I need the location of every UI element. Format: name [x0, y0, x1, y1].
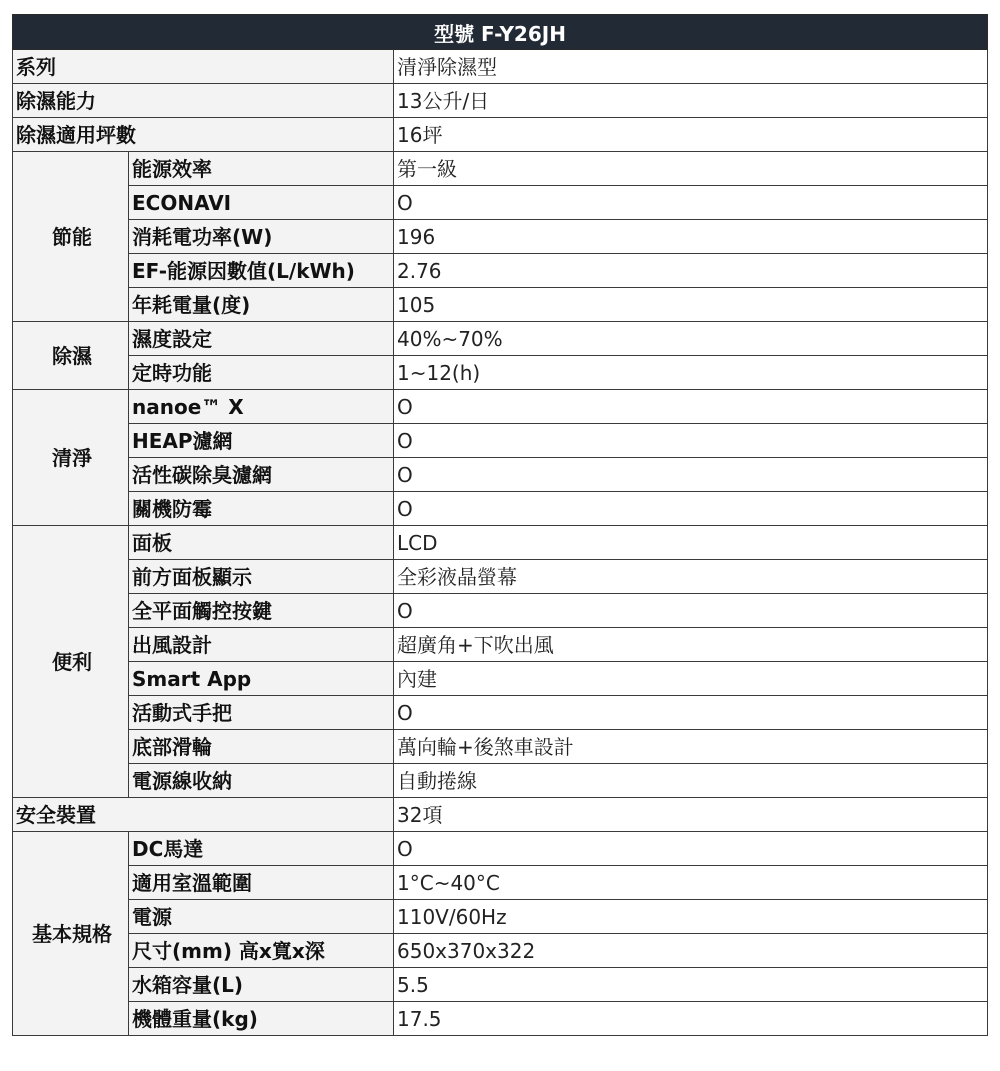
- row-value: 萬向輪+後煞車設計: [394, 730, 988, 764]
- row-value: 17.5: [394, 1002, 988, 1036]
- table-row: 除濕適用坪數 16坪: [13, 118, 988, 152]
- row-label: DC馬達: [129, 832, 394, 866]
- table-row: EF-能源因數值(L/kWh) 2.76: [13, 254, 988, 288]
- table-row: 尺寸(mm) 高x寬x深 650x370x322: [13, 934, 988, 968]
- table-row: 底部滑輪 萬向輪+後煞車設計: [13, 730, 988, 764]
- row-label: 電源: [129, 900, 394, 934]
- row-label: 水箱容量(L): [129, 968, 394, 1002]
- row-label: 關機防霉: [129, 492, 394, 526]
- row-label: 尺寸(mm) 高x寬x深: [129, 934, 394, 968]
- table-row: 系列 清淨除濕型: [13, 50, 988, 84]
- row-label: EF-能源因數值(L/kWh): [129, 254, 394, 288]
- row-label: 全平面觸控按鍵: [129, 594, 394, 628]
- table-row: ECONAVI O: [13, 186, 988, 220]
- row-label: 消耗電功率(W): [129, 220, 394, 254]
- row-value: 13公升/日: [394, 84, 988, 118]
- table-row: HEAP濾網 O: [13, 424, 988, 458]
- table-row: 安全裝置 32項: [13, 798, 988, 832]
- table-row: 節能 能源效率 第一級: [13, 152, 988, 186]
- row-value: 清淨除濕型: [394, 50, 988, 84]
- row-value: 32項: [394, 798, 988, 832]
- row-label: ECONAVI: [129, 186, 394, 220]
- row-value: O: [394, 696, 988, 730]
- row-label: nanoe™ X: [129, 390, 394, 424]
- row-value: 1°C~40°C: [394, 866, 988, 900]
- group-label-basic: 基本規格: [13, 832, 129, 1036]
- row-value: 16坪: [394, 118, 988, 152]
- table-row: 活性碳除臭濾網 O: [13, 458, 988, 492]
- row-value: 自動捲線: [394, 764, 988, 798]
- model-title: 型號 F-Y26JH: [13, 15, 988, 50]
- group-label-dehumidify: 除濕: [13, 322, 129, 390]
- table-row: 除濕 濕度設定 40%~70%: [13, 322, 988, 356]
- row-label: 出風設計: [129, 628, 394, 662]
- row-value: O: [394, 390, 988, 424]
- row-value: LCD: [394, 526, 988, 560]
- table-row: 年耗電量(度) 105: [13, 288, 988, 322]
- row-label: 機體重量(kg): [129, 1002, 394, 1036]
- row-label: 前方面板顯示: [129, 560, 394, 594]
- row-value: 105: [394, 288, 988, 322]
- table-row: 除濕能力 13公升/日: [13, 84, 988, 118]
- row-label: 濕度設定: [129, 322, 394, 356]
- table-row: 定時功能 1~12(h): [13, 356, 988, 390]
- row-value: 5.5: [394, 968, 988, 1002]
- table-row: 便利 面板 LCD: [13, 526, 988, 560]
- table-row: 出風設計 超廣角+下吹出風: [13, 628, 988, 662]
- row-value: 第一級: [394, 152, 988, 186]
- row-label: 除濕能力: [13, 84, 394, 118]
- table-row: 前方面板顯示 全彩液晶螢幕: [13, 560, 988, 594]
- row-value: O: [394, 492, 988, 526]
- row-label: Smart App: [129, 662, 394, 696]
- table-row: 基本規格 DC馬達 O: [13, 832, 988, 866]
- row-label: 安全裝置: [13, 798, 394, 832]
- table-row: 清淨 nanoe™ X O: [13, 390, 988, 424]
- group-label-convenience: 便利: [13, 526, 129, 798]
- table-row: 適用室溫範圍 1°C~40°C: [13, 866, 988, 900]
- group-label-purify: 清淨: [13, 390, 129, 526]
- row-value: 1~12(h): [394, 356, 988, 390]
- row-value: 2.76: [394, 254, 988, 288]
- table-row: Smart App 內建: [13, 662, 988, 696]
- row-label: 底部滑輪: [129, 730, 394, 764]
- row-value: O: [394, 594, 988, 628]
- row-value: 40%~70%: [394, 322, 988, 356]
- row-value: 650x370x322: [394, 934, 988, 968]
- row-value: 196: [394, 220, 988, 254]
- table-row: 消耗電功率(W) 196: [13, 220, 988, 254]
- row-label: 面板: [129, 526, 394, 560]
- row-label: 活動式手把: [129, 696, 394, 730]
- row-label: 電源線收納: [129, 764, 394, 798]
- row-value: O: [394, 186, 988, 220]
- row-value: 全彩液晶螢幕: [394, 560, 988, 594]
- table-row: 水箱容量(L) 5.5: [13, 968, 988, 1002]
- row-label: 能源效率: [129, 152, 394, 186]
- row-value: O: [394, 424, 988, 458]
- spec-table: 型號 F-Y26JH 系列 清淨除濕型 除濕能力 13公升/日 除濕適用坪數 1…: [12, 14, 988, 1036]
- row-label: 除濕適用坪數: [13, 118, 394, 152]
- header-row: 型號 F-Y26JH: [13, 15, 988, 50]
- table-row: 電源線收納 自動捲線: [13, 764, 988, 798]
- table-row: 機體重量(kg) 17.5: [13, 1002, 988, 1036]
- row-label: 適用室溫範圍: [129, 866, 394, 900]
- table-row: 全平面觸控按鍵 O: [13, 594, 988, 628]
- group-label-energy: 節能: [13, 152, 129, 322]
- table-row: 活動式手把 O: [13, 696, 988, 730]
- row-value: O: [394, 458, 988, 492]
- row-label: 定時功能: [129, 356, 394, 390]
- table-row: 電源 110V/60Hz: [13, 900, 988, 934]
- row-value: O: [394, 832, 988, 866]
- row-value: 超廣角+下吹出風: [394, 628, 988, 662]
- row-label: 活性碳除臭濾網: [129, 458, 394, 492]
- row-label: HEAP濾網: [129, 424, 394, 458]
- row-value: 110V/60Hz: [394, 900, 988, 934]
- table-row: 關機防霉 O: [13, 492, 988, 526]
- row-value: 內建: [394, 662, 988, 696]
- row-label: 系列: [13, 50, 394, 84]
- row-label: 年耗電量(度): [129, 288, 394, 322]
